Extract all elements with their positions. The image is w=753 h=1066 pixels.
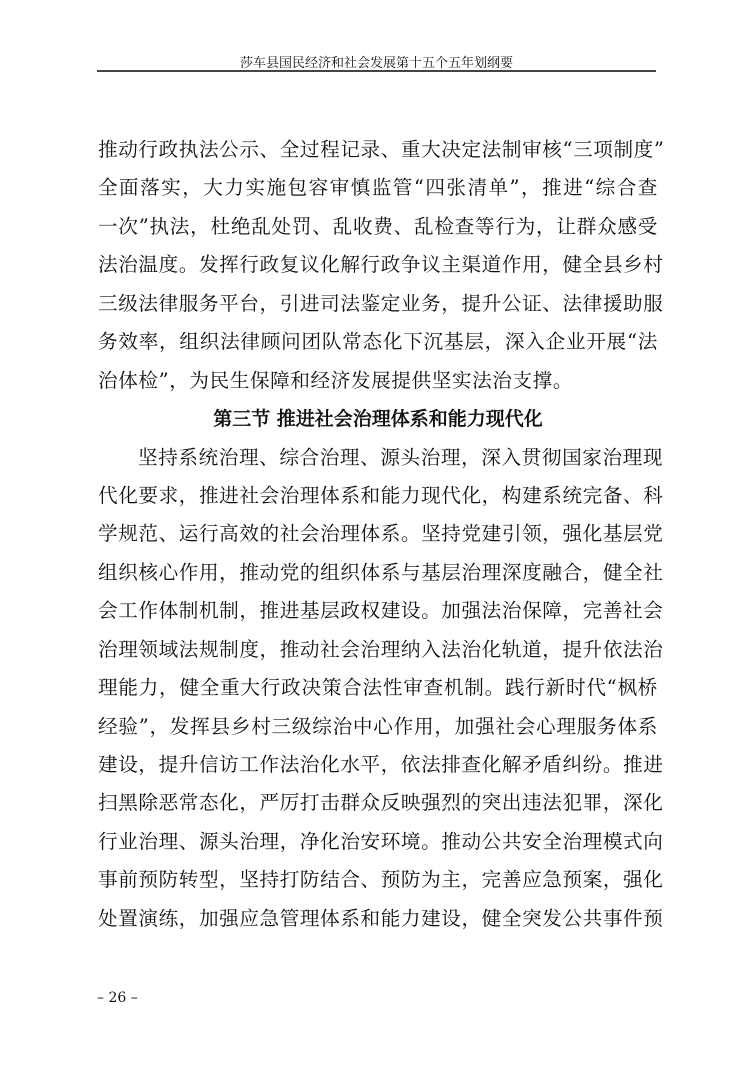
text-line: 治体检”，为民生保障和经济发展提供坚实法治支撑。: [98, 362, 658, 400]
document-title: 莎车县国民经济和社会发展第十五个五年划纲要: [0, 52, 753, 71]
text-line: 推动行政执法公示、全过程记录、重大决定法制审核“三项制度”: [98, 131, 658, 169]
paragraph-legal-services: 推动行政执法公示、全过程记录、重大决定法制审核“三项制度” 全面落实，大力实施包…: [98, 131, 658, 400]
text-line: 学规范、运行高效的社会治理体系。坚持党建引领，强化基层党: [98, 515, 658, 553]
text-line: 经验”，发挥县乡村三级综治中心作用，加强社会心理服务体系: [98, 708, 658, 746]
document-body: 推动行政执法公示、全过程记录、重大决定法制审核“三项制度” 全面落实，大力实施包…: [98, 131, 658, 938]
page-number: – 26 –: [97, 990, 138, 1006]
text-line: 组织核心作用，推动党的组织体系与基层治理深度融合，健全社: [98, 554, 658, 592]
text-line: 处置演练，加强应急管理体系和能力建设，健全突发公共事件预: [98, 900, 658, 938]
text-line: 会工作体制机制，推进基层政权建设。加强法治保障，完善社会: [98, 592, 658, 630]
header-divider: [97, 70, 656, 72]
text-line: 全面落实，大力实施包容审慎监管“四张清单”，推进“综合查: [98, 169, 658, 207]
text-line: 理能力，健全重大行政决策合法性审查机制。践行新时代“枫桥: [98, 669, 658, 707]
text-line: 治理领域法规制度，推动社会治理纳入法治化轨道，提升依法治: [98, 631, 658, 669]
text-line: 行业治理、源头治理，净化治安环境。推动公共安全治理模式向: [98, 823, 658, 861]
text-line: 扫黑除恶常态化，严厉打击群众反映强烈的突出违法犯罪，深化: [98, 784, 658, 822]
text-line: 事前预防转型，坚持打防结合、预防为主，完善应急预案，强化: [98, 861, 658, 899]
text-line: 代化要求，推进社会治理体系和能力现代化，构建系统完备、科: [98, 477, 658, 515]
text-line: 建设，提升信访工作法治化水平，依法排查化解矛盾纠纷。推进: [98, 746, 658, 784]
text-line: 法治温度。发挥行政复议化解行政争议主渠道作用，健全县乡村: [98, 246, 658, 284]
text-line: 务效率，组织法律顾问团队常态化下沉基层，深入企业开展“法: [98, 323, 658, 361]
text-line: 坚持系统治理、综合治理、源头治理，深入贯彻国家治理现: [98, 439, 658, 477]
text-line: 一次”执法，杜绝乱处罚、乱收费、乱检查等行为，让群众感受: [98, 208, 658, 246]
section-heading: 第三节 推进社会治理体系和能力现代化: [98, 400, 658, 438]
paragraph-social-governance: 坚持系统治理、综合治理、源头治理，深入贯彻国家治理现 代化要求，推进社会治理体系…: [98, 439, 658, 939]
text-line: 三级法律服务平台，引进司法鉴定业务，提升公证、法律援助服: [98, 285, 658, 323]
